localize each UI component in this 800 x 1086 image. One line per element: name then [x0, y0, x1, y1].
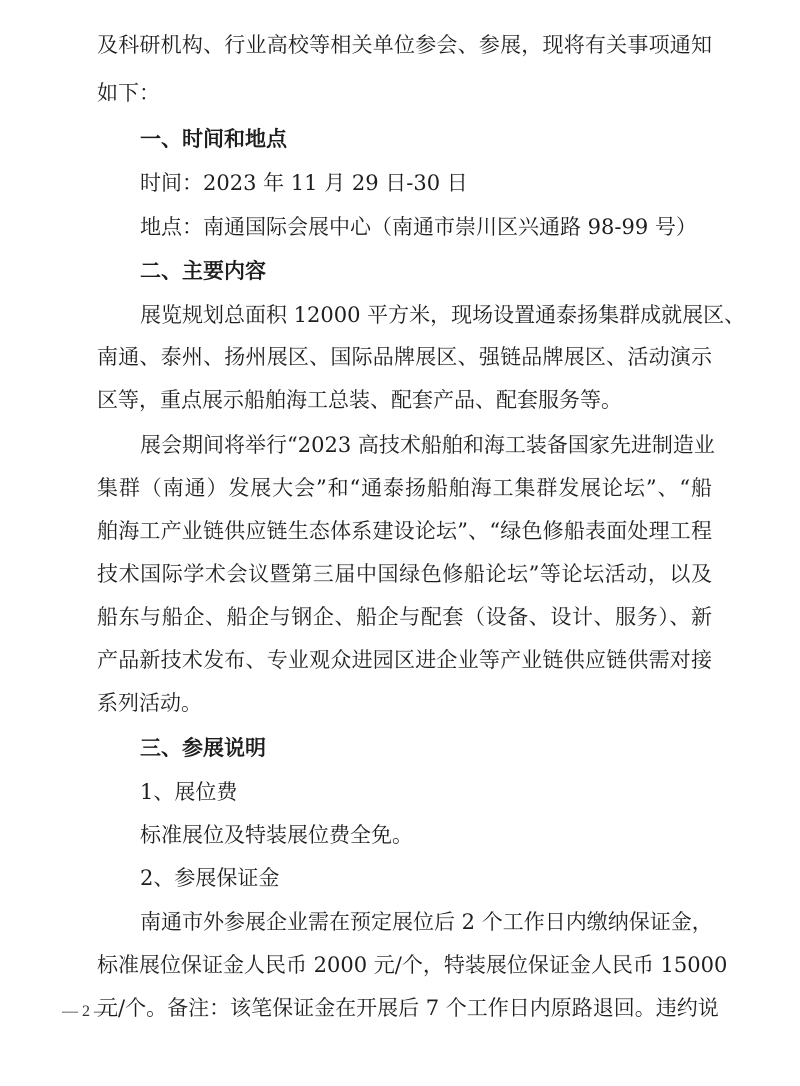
paragraph-line: 技术国际学术会议暨第三届中国绿色修船论坛”等论坛活动，以及	[97, 561, 712, 587]
paragraph-line: 展览规划总面积 12000 平方米，现场设置通泰扬集群成就展区、	[140, 302, 712, 328]
paragraph-line: 南通市外参展企业需在预定展位后 2 个工作日内缴纳保证金，	[140, 909, 712, 935]
paragraph-line: 集群（南通）发展大会”和“通泰扬船舶海工集群发展论坛”、“船	[97, 475, 712, 501]
subheading-booth-fee: 1、展位费	[140, 779, 712, 805]
event-location: 地点：南通国际会展中心（南通市崇川区兴通路 98-99 号）	[140, 214, 712, 240]
document-page: 及科研机构、行业高校等相关单位参会、参展，现将有关事项通知 如下： 一、时间和地…	[0, 0, 800, 1086]
paragraph-line: 元/个。备注：该笔保证金在开展后 7 个工作日内原路退回。违约说	[97, 995, 712, 1021]
section-heading-time-location: 一、时间和地点	[140, 126, 712, 152]
paragraph-line: 展会期间将举行“2023 高技术船舶和海工装备国家先进制造业	[140, 432, 712, 458]
paragraph-line: 如下：	[97, 80, 712, 106]
paragraph-line: 系列活动。	[97, 690, 712, 716]
paragraph-line: 标准展位及特装展位费全免。	[140, 822, 712, 848]
paragraph-line: 标准展位保证金人民币 2000 元/个，特装展位保证金人民币 15000	[97, 952, 712, 978]
section-heading-exhibition-notes: 三、参展说明	[140, 735, 712, 761]
subheading-deposit: 2、参展保证金	[140, 865, 712, 891]
paragraph-line: 区等，重点展示船舶海工总装、配套产品、配套服务等。	[97, 387, 712, 413]
paragraph-line: 产品新技术发布、专业观众进园区进企业等产业链供应链供需对接	[97, 647, 712, 673]
page-number: — 2 —	[62, 1002, 110, 1022]
paragraph-line: 舶海工产业链供应链生态体系建设论坛”、“绿色修船表面处理工程	[97, 518, 712, 544]
paragraph-line: 及科研机构、行业高校等相关单位参会、参展，现将有关事项通知	[97, 32, 712, 58]
paragraph-line: 船东与船企、船企与钢企、船企与配套（设备、设计、服务）、新	[97, 604, 712, 630]
section-heading-main-content: 二、主要内容	[140, 258, 712, 284]
paragraph-line: 南通、泰州、扬州展区、国际品牌展区、强链品牌展区、活动演示	[97, 344, 712, 370]
event-time: 时间：2023 年 11 月 29 日-30 日	[140, 170, 712, 196]
